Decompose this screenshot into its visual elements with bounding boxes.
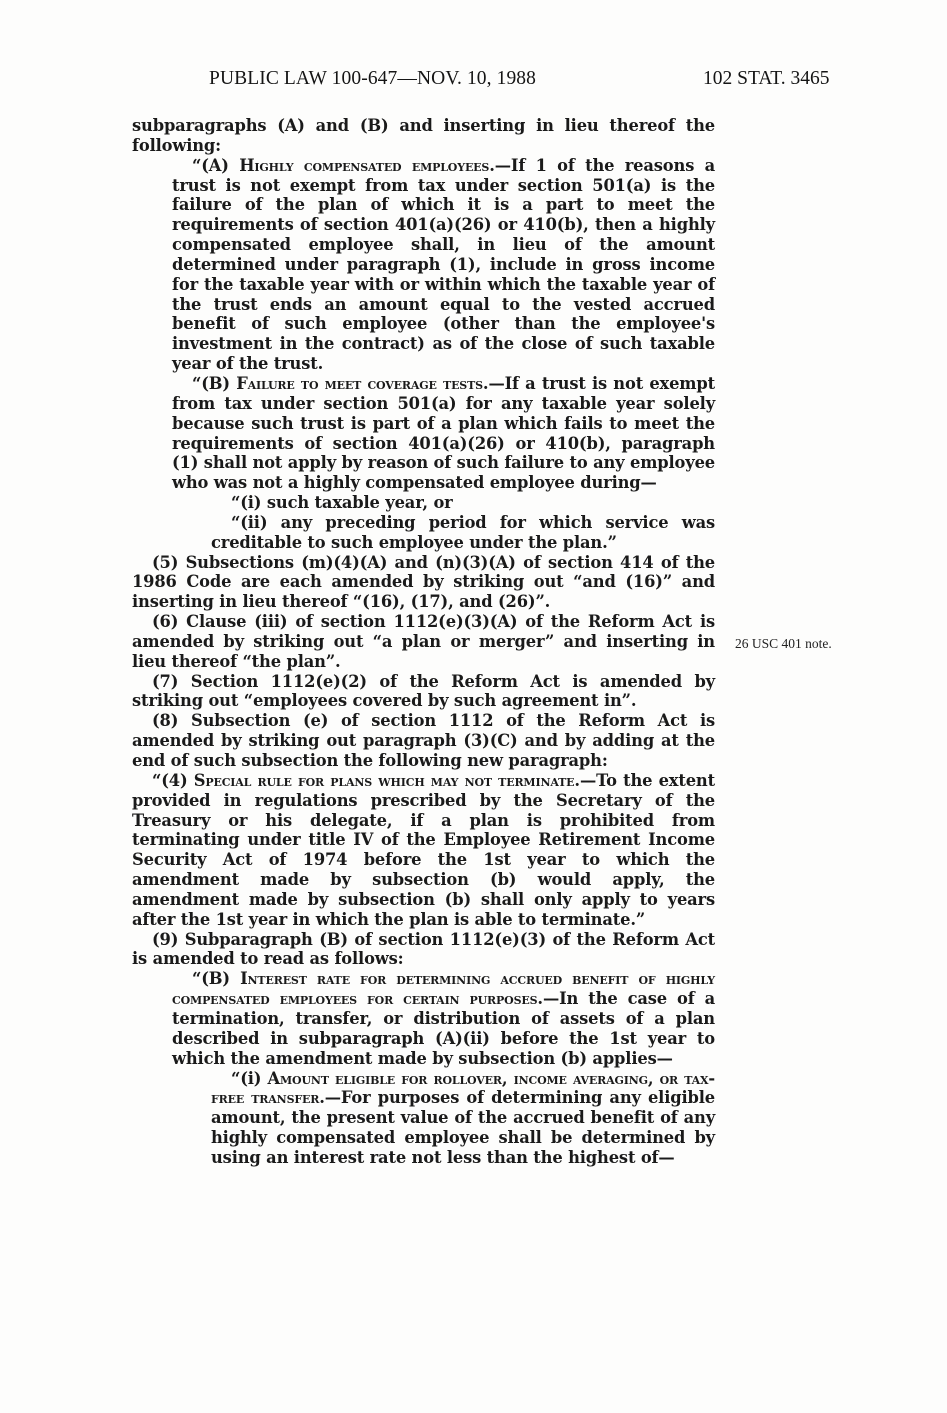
paragraph-intro: subparagraphs (A) and (B) and inserting … (132, 116, 715, 156)
heading-small-caps: Special rule for plans which may not ter… (194, 771, 580, 790)
body-text: subparagraphs (A) and (B) and inserting … (132, 116, 715, 1168)
margin-note: 26 USC 401 note. (735, 636, 832, 652)
running-head: PUBLIC LAW 100-647—NOV. 10, 1988 (209, 68, 536, 90)
paragraph-B-coverage-tests: “(B) Failure to meet coverage tests.—If … (172, 374, 715, 493)
statute-page-number: 102 STAT. 3465 (703, 68, 829, 90)
paragraph-9: (9) Subparagraph (B) of section 1112(e)(… (132, 930, 715, 970)
paragraph-5: (5) Subsections (m)(4)(A) and (n)(3)(A) … (132, 553, 715, 613)
clause-ii: “(ii) any preceding period for which ser… (211, 513, 715, 553)
paragraph-8: (8) Subsection (e) of section 1112 of th… (132, 711, 715, 771)
clause-i: “(i) such taxable year, or (211, 493, 715, 513)
paragraph-4-special-rule: “(4) Special rule for plans which may no… (132, 771, 715, 930)
heading-small-caps: Failure to meet coverage tests. (236, 374, 488, 393)
paragraph-A-highly-compensated: “(A) Highly compensated employees.—If 1 … (172, 156, 715, 374)
heading-small-caps: Highly compensated employees. (239, 156, 495, 175)
document-page: PUBLIC LAW 100-647—NOV. 10, 1988 102 STA… (0, 0, 947, 1413)
paragraph-6: (6) Clause (iii) of section 1112(e)(3)(A… (132, 612, 715, 672)
clause-i-amount-eligible: “(i) Amount eligible for rollover, incom… (211, 1069, 715, 1168)
paragraph-B-interest-rate: “(B) Interest rate for determining accru… (172, 969, 715, 1068)
paragraph-7: (7) Section 1112(e)(2) of the Reform Act… (132, 672, 715, 712)
